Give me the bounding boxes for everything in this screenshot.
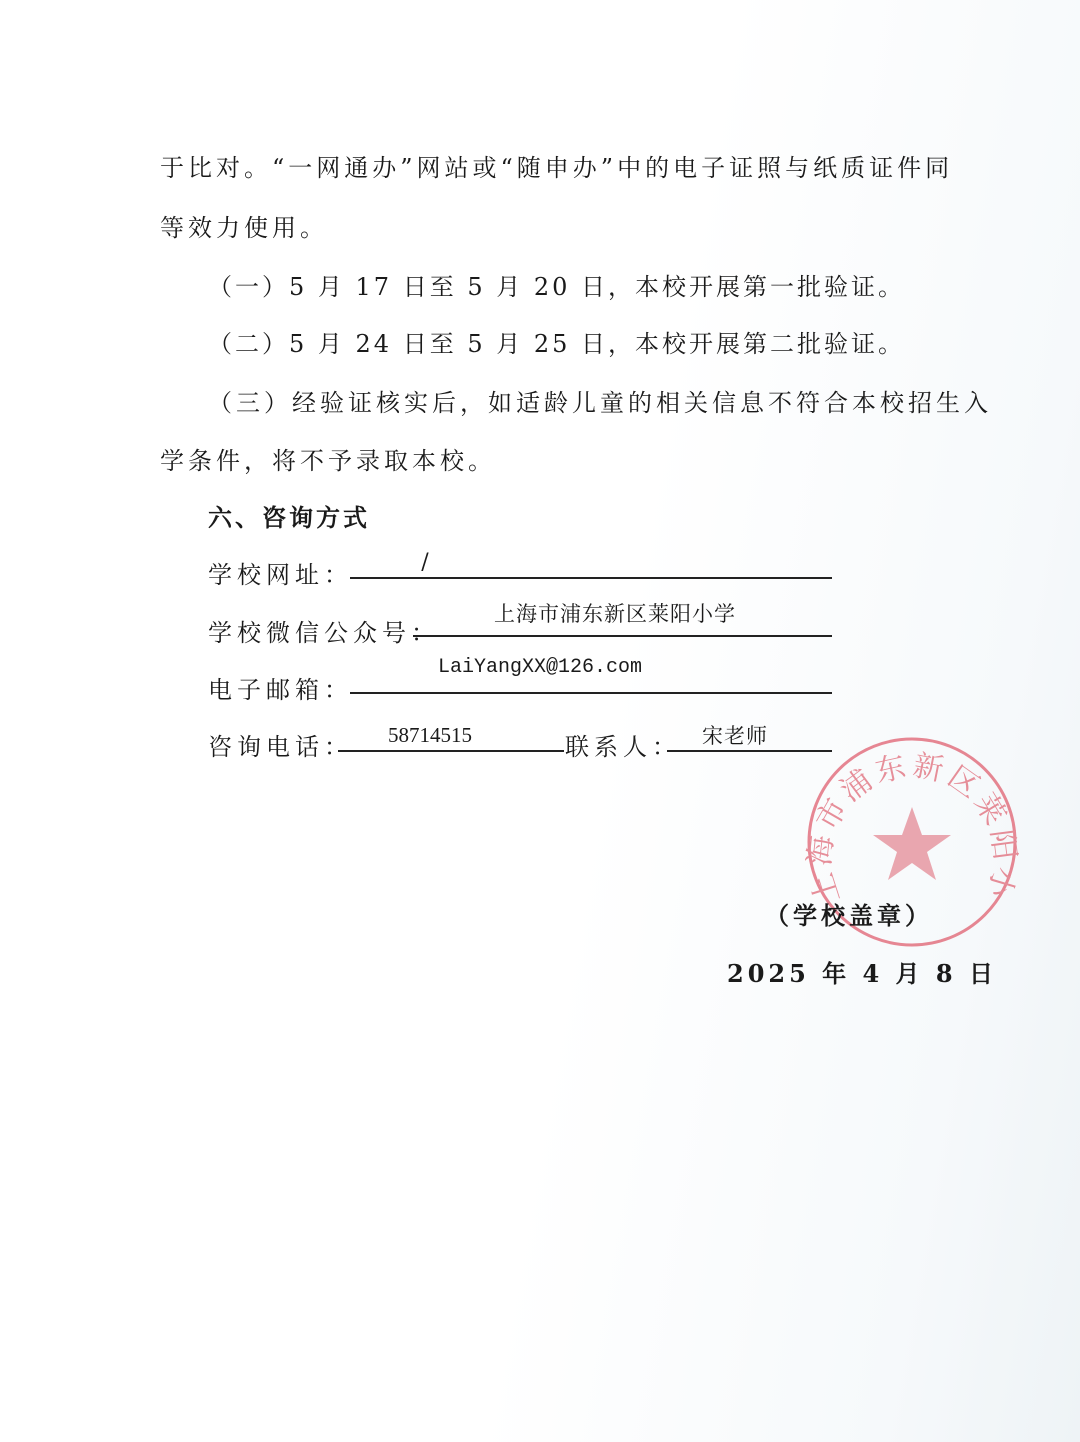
contact-person-value: 宋老师 (690, 720, 780, 750)
seal-note: （学校盖章） (765, 896, 933, 931)
website-value: / (410, 550, 440, 575)
paragraph-line: 于比对。“一网通办”网站或“随申办”中的电子证照与纸质证件同 (160, 148, 953, 183)
wechat-underline (413, 635, 832, 637)
wechat-label: 学校微信公众号： (208, 613, 440, 648)
website-label: 学校网址： (208, 555, 353, 590)
email-underline (350, 692, 832, 694)
document-date: 2025 年 4 月 8 日 (727, 954, 997, 989)
paragraph-line: 学条件，将不予录取本校。 (160, 441, 496, 476)
website-underline (350, 577, 832, 579)
list-item: （一）5 月 17 日至 5 月 20 日，本校开展第一批验证。 (208, 267, 905, 302)
star-icon (873, 807, 951, 880)
list-item: （三）经验证核实后，如适龄儿童的相关信息不符合本校招生入 (208, 383, 992, 418)
email-value: LaiYangXX@126.com (430, 656, 650, 679)
section-heading: 六、咨询方式 (208, 498, 370, 533)
contact-person-label: 联系人： (565, 727, 681, 762)
phone-underline (338, 750, 564, 752)
list-item: （二）5 月 24 日至 5 月 25 日，本校开展第二批验证。 (208, 324, 905, 359)
wechat-value: 上海市浦东新区莱阳小学 (470, 598, 760, 628)
paragraph-line: 等效力使用。 (160, 208, 328, 243)
email-label: 电子邮箱： (208, 670, 353, 705)
phone-label: 咨询电话： (208, 727, 353, 762)
phone-value: 58714515 (370, 723, 490, 748)
